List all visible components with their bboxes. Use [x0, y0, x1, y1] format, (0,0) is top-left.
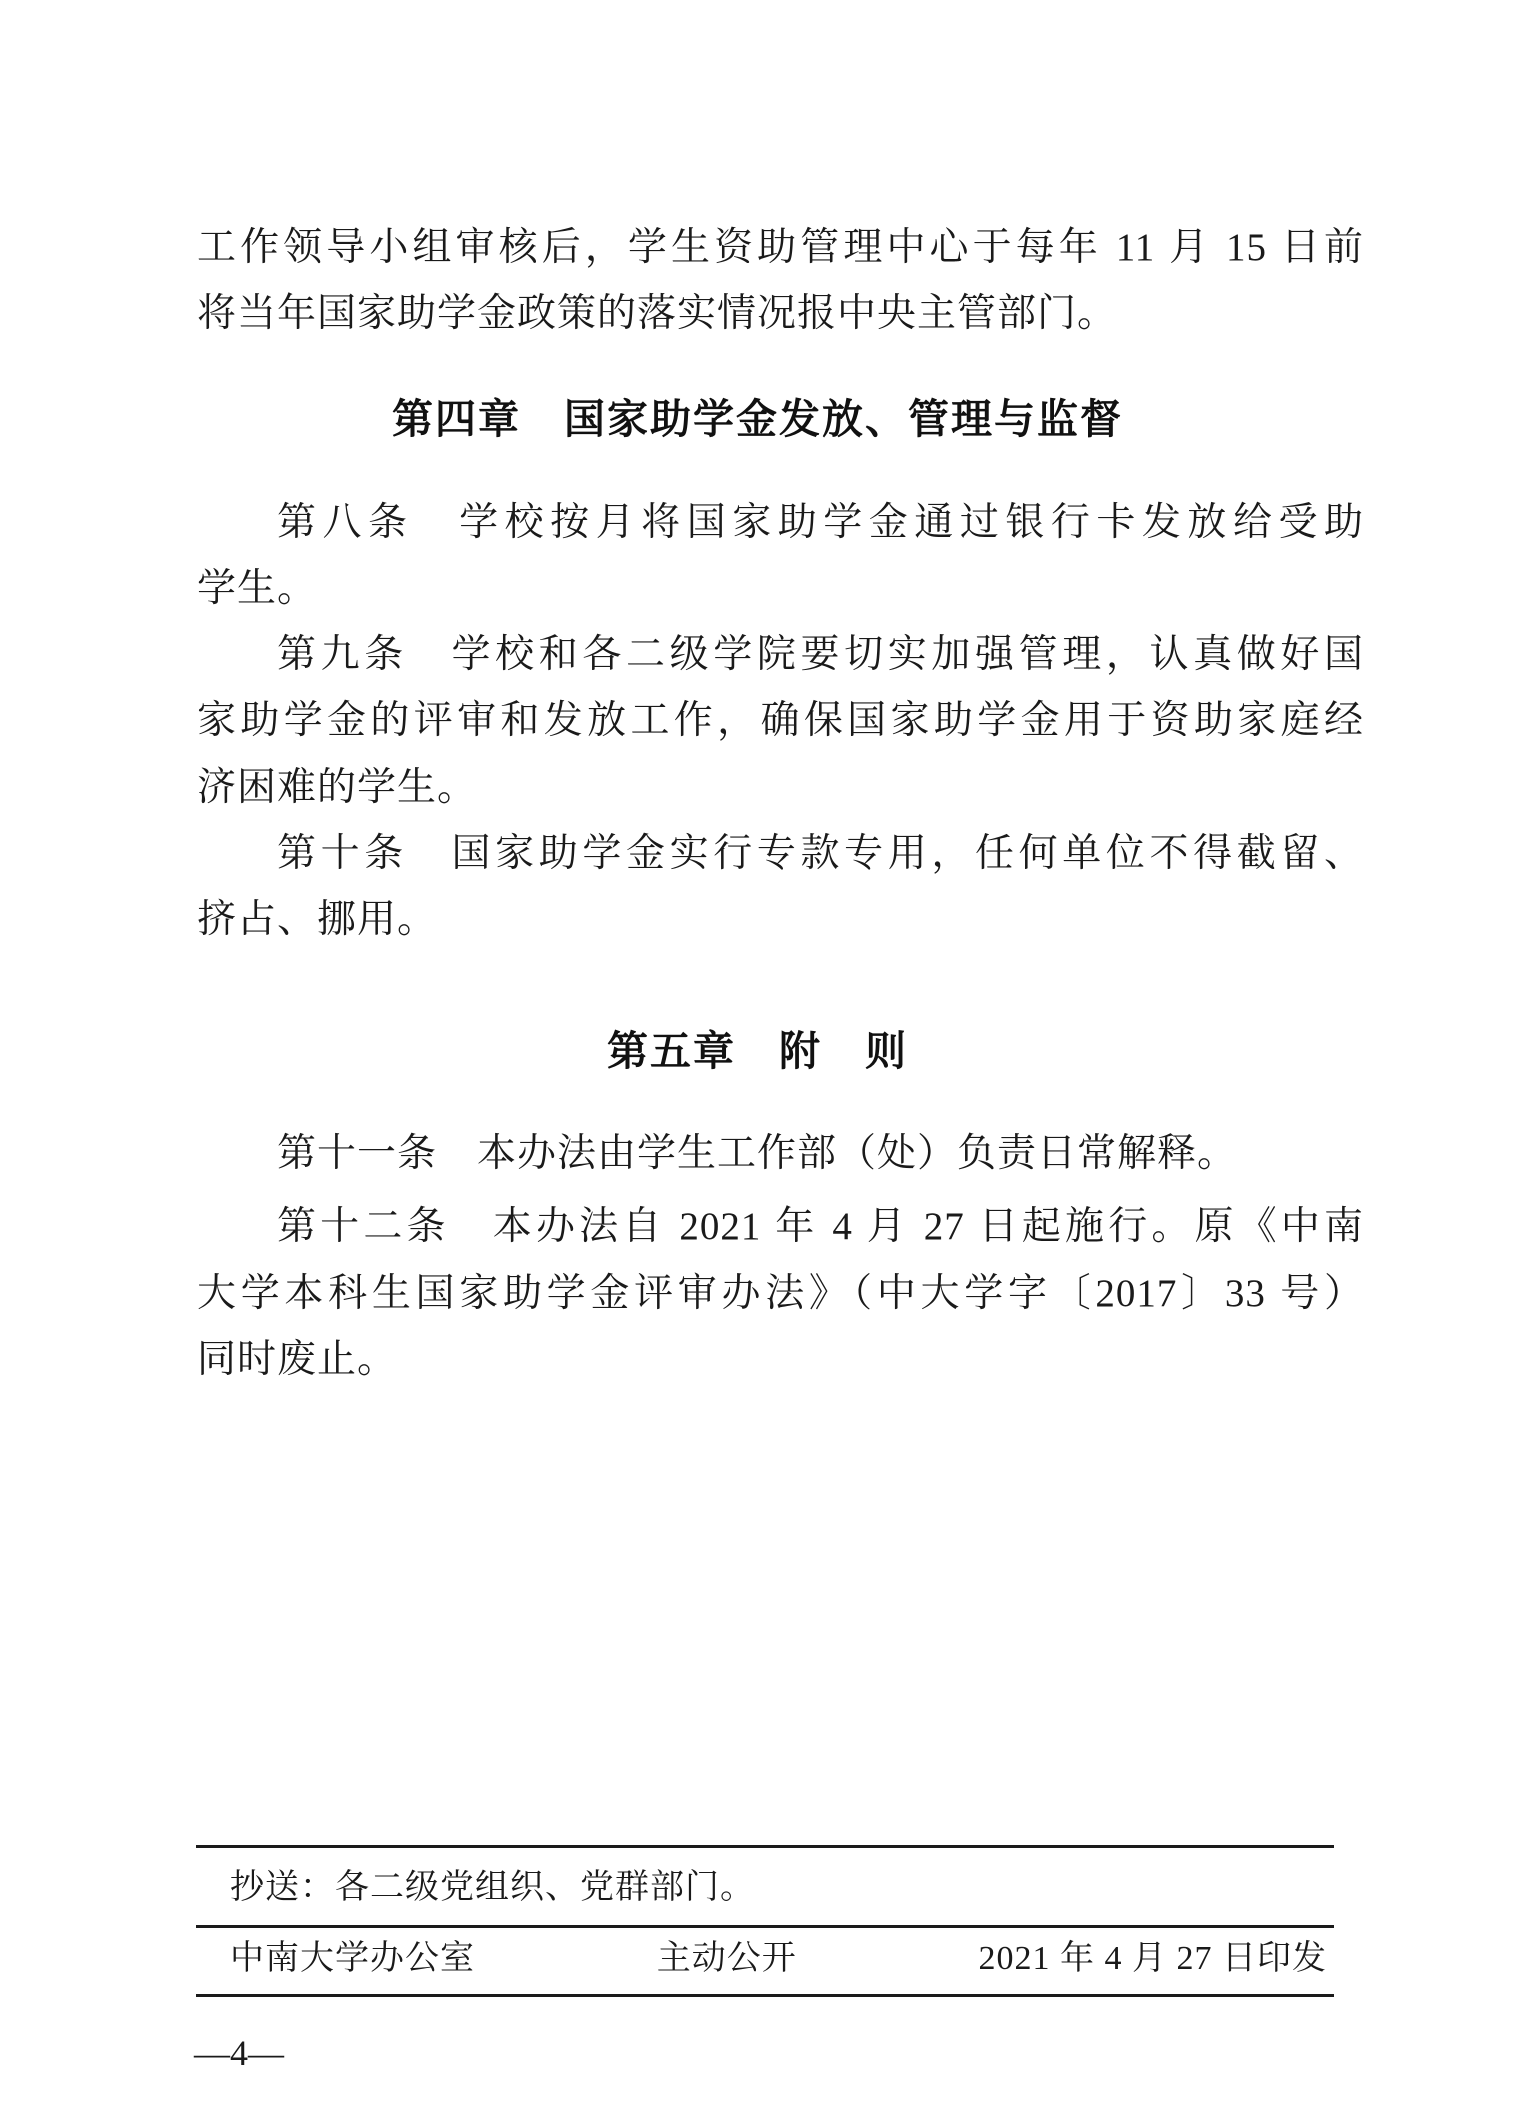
footer-rule-top	[196, 1845, 1334, 1848]
body-line: 家助学金的评审和发放工作，确保国家助学金用于资助家庭经	[197, 698, 1364, 744]
chapter-heading: 第五章 附 则	[0, 1027, 1515, 1075]
body-line: 挤占、挪用。	[197, 897, 1364, 943]
body-line: 第十二条 本办法自 2021 年 4 月 27 日起施行。原《中南	[197, 1204, 1364, 1250]
body-line: 学生。	[197, 566, 1364, 612]
body-line: 工作领导小组审核后，学生资助管理中心于每年 11 月 15 日前	[197, 225, 1364, 271]
body-line: 第八条 学校按月将国家助学金通过银行卡发放给受助	[197, 500, 1364, 546]
body-line: 将当年国家助学金政策的落实情况报中央主管部门。	[197, 291, 1364, 337]
disclosure-label: 主动公开	[657, 1937, 797, 1981]
print-date: 2021 年 4 月 27 日印发	[979, 1937, 1328, 1981]
body-line: 大学本科生国家助学金评审办法》（中大学字〔2017〕33 号）	[197, 1271, 1364, 1317]
page-number: —4—	[194, 2033, 284, 2073]
footer-rule-middle	[196, 1925, 1334, 1928]
issuer-name: 中南大学办公室	[230, 1937, 475, 1981]
body-line: 第九条 学校和各二级学院要切实加强管理，认真做好国	[197, 632, 1364, 678]
document-page: 工作领导小组审核后，学生资助管理中心于每年 11 月 15 日前 将当年国家助学…	[0, 0, 1515, 2107]
body-line: 第十条 国家助学金实行专款专用，任何单位不得截留、	[197, 831, 1364, 877]
footer-rule-bottom	[196, 1994, 1334, 1997]
chapter-heading: 第四章 国家助学金发放、管理与监督	[0, 395, 1515, 443]
cc-note: 抄送：各二级党组织、党群部门。	[230, 1866, 1330, 1910]
issuer-row: 中南大学办公室 主动公开 2021 年 4 月 27 日印发	[230, 1937, 1327, 1981]
body-line: 同时废止。	[197, 1337, 1364, 1383]
body-line: 第十一条 本办法由学生工作部（处）负责日常解释。	[197, 1131, 1364, 1177]
body-line: 济困难的学生。	[197, 765, 1364, 811]
